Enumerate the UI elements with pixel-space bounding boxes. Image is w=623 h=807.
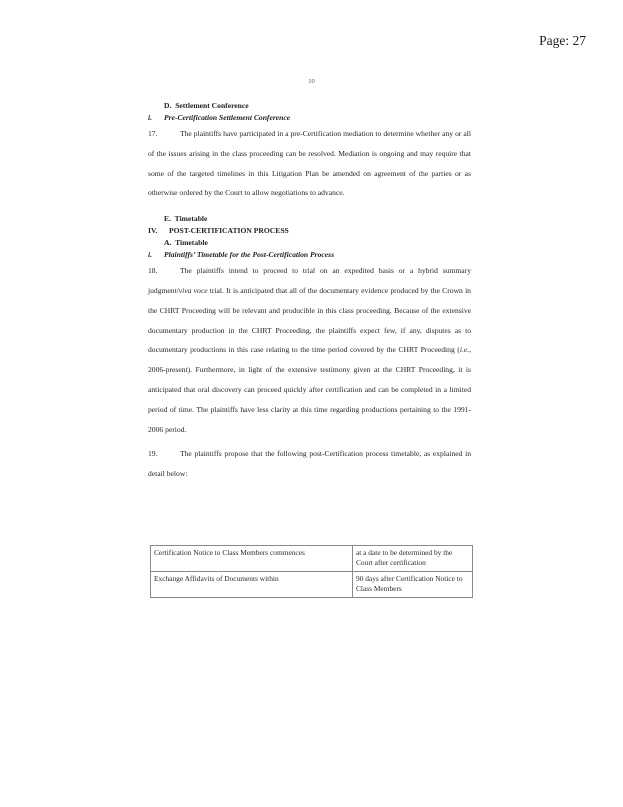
subheading-number: i. — [148, 112, 164, 124]
heading-settlement-conference: D. Settlement Conference — [148, 100, 471, 112]
heading-title: Settlement Conference — [175, 101, 248, 110]
heading-post-certification-process: IV.POST-CERTIFICATION PROCESS — [148, 225, 471, 237]
document-page-number: 10 — [0, 78, 623, 85]
paragraph-number: 18. — [148, 261, 180, 281]
paragraph-italic-ie: i.e. — [460, 345, 469, 354]
heading-number: IV. — [148, 225, 169, 237]
heading-timetable-e: E. Timetable — [148, 213, 471, 225]
paragraph-text: The plaintiffs propose that the followin… — [148, 449, 471, 478]
paragraph-19: 19.The plaintiffs propose that the follo… — [148, 444, 471, 484]
paragraph-17: 17.The plaintiffs have participated in a… — [148, 124, 471, 203]
page-label: Page: 27 — [539, 33, 586, 49]
subheading-pre-certification-settlement: i.Pre-Certification Settlement Conferenc… — [148, 112, 471, 124]
heading-title: Timetable — [175, 214, 208, 223]
paragraph-text-2: trial. It is anticipated that all of the… — [148, 286, 471, 354]
table-row: Certification Notice to Class Members co… — [151, 546, 473, 572]
subheading-title: Plaintiffs’ Timetable for the Post-Certi… — [164, 250, 334, 259]
paragraph-number: 19. — [148, 444, 180, 464]
subheading-title: Pre-Certification Settlement Conference — [164, 113, 290, 122]
paragraph-number: 17. — [148, 124, 180, 144]
paragraph-18: 18.The plaintiffs intend to proceed to t… — [148, 261, 471, 439]
post-certification-timetable: Certification Notice to Class Members co… — [150, 545, 473, 598]
paragraph-italic-viva-voce: viva voce — [179, 286, 208, 295]
table-cell-step: Certification Notice to Class Members co… — [151, 546, 353, 572]
document-body: D. Settlement Conference i.Pre-Certifica… — [148, 100, 471, 484]
heading-title: Timetable — [175, 238, 208, 247]
table-cell-timing: at a date to be determined by the Court … — [353, 546, 473, 572]
heading-title: POST-CERTIFICATION PROCESS — [169, 226, 289, 235]
paragraph-text-3: , 2006-present). Furthermore, in light o… — [148, 345, 471, 433]
table-row: Exchange Affidavits of Documents within … — [151, 572, 473, 598]
subheading-plaintiffs-timetable: i.Plaintiffs’ Timetable for the Post-Cer… — [148, 249, 471, 261]
heading-number: D. — [164, 101, 171, 110]
subheading-number: i. — [148, 249, 164, 261]
table-cell-timing: 90 days after Certification Notice to Cl… — [353, 572, 473, 598]
table-cell-step: Exchange Affidavits of Documents within — [151, 572, 353, 598]
heading-number: A. — [164, 238, 171, 247]
paragraph-text: The plaintiffs have participated in a pr… — [148, 129, 471, 197]
heading-number: E. — [164, 214, 171, 223]
heading-timetable-a: A. Timetable — [148, 237, 471, 249]
